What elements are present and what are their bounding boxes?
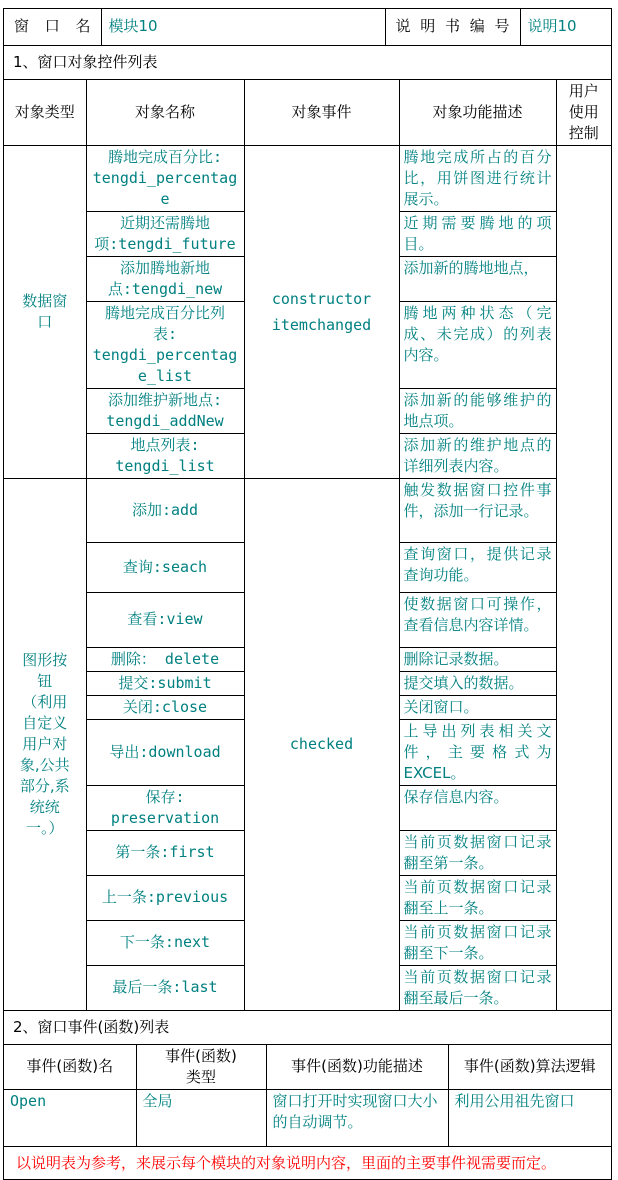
window-name-value: 模块10 bbox=[101, 9, 385, 45]
event-type-value: 全局 bbox=[136, 1089, 266, 1146]
events-table: 事件(函数)名 事件(函数) 类型 事件(函数)功能描述 事件(函数)算法逻辑 … bbox=[4, 1045, 611, 1147]
controls-table: 对象类型 对象名称 对象事件 对象功能描述 用户 使用 控制 数据窗 口 腾地完… bbox=[4, 80, 611, 1011]
object-name: 查看:view bbox=[86, 592, 244, 647]
object-type-graphic-button: 图形按 钮 （利用 自定义 用户对 象,公共 部分,系 统统 一。） bbox=[4, 478, 86, 1010]
object-name: 导出:download bbox=[86, 719, 244, 785]
object-desc: 触发数据窗口控件事件，添加一行记录。 bbox=[399, 478, 556, 542]
col-header-object-desc: 对象功能描述 bbox=[399, 80, 556, 146]
object-name: 查询:seach bbox=[86, 542, 244, 592]
object-desc: 近期需要腾地的项目。 bbox=[399, 211, 556, 256]
doc-number-label: 说明书编号 bbox=[385, 9, 520, 45]
object-desc: 腾地两种状态（完成、未完成）的列表内容。 bbox=[399, 301, 556, 388]
col-header-event-desc: 事件(函数)功能描述 bbox=[266, 1045, 448, 1090]
object-desc: 当前页数据窗口记录翻至上一条。 bbox=[399, 875, 556, 920]
object-desc: 关闭窗口。 bbox=[399, 695, 556, 719]
col-header-event-type: 事件(函数) 类型 bbox=[136, 1045, 266, 1090]
object-event-graphic-button: checked bbox=[244, 478, 399, 1010]
object-desc: 添加新的能够维护的地点项。 bbox=[399, 388, 556, 433]
object-name: 地点列表: tengdi_list bbox=[86, 433, 244, 478]
col-header-event-name: 事件(函数)名 bbox=[4, 1045, 136, 1090]
object-desc: 当前页数据窗口记录翻至最后一条。 bbox=[399, 965, 556, 1010]
spec-document: 窗口名 模块10 说明书编号 说明10 1、窗口对象控件列表 对象类型 对象名称… bbox=[3, 8, 612, 1180]
col-header-object-type: 对象类型 bbox=[4, 80, 86, 146]
window-name-label: 窗口名 bbox=[4, 9, 101, 45]
object-desc: 当前页数据窗口记录翻至下一条。 bbox=[399, 920, 556, 965]
object-name: 保存: preservation bbox=[86, 785, 244, 830]
event-name-value: Open bbox=[4, 1089, 136, 1146]
object-name: 近期还需腾地 项:tengdi_future bbox=[86, 211, 244, 256]
event-logic-value: 利用公用祖先窗口 bbox=[448, 1089, 611, 1146]
col-header-event-logic: 事件(函数)算法逻辑 bbox=[448, 1045, 611, 1090]
object-name: 添加:add bbox=[86, 478, 244, 542]
object-desc: 腾地完成所占的百分比，用饼图进行统计展示。 bbox=[399, 145, 556, 211]
object-desc: 添加新的维护地点的详细列表内容。 bbox=[399, 433, 556, 478]
object-name: 上一条:previous bbox=[86, 875, 244, 920]
object-name: 删除： delete bbox=[86, 647, 244, 671]
object-name: 腾地完成百分比: tengdi_percentage bbox=[86, 145, 244, 211]
object-name: 下一条:next bbox=[86, 920, 244, 965]
doc-number-value: 说明10 bbox=[520, 9, 611, 45]
object-name: 添加腾地新地 点:tengdi_new bbox=[86, 256, 244, 301]
user-control-cell bbox=[556, 145, 611, 1010]
object-name: 最后一条:last bbox=[86, 965, 244, 1010]
object-desc: 使数据窗口可操作，查看信息内容详情。 bbox=[399, 592, 556, 647]
object-desc: 上导出列表相关文件，主要格式为EXCEL。 bbox=[399, 719, 556, 785]
section1-title: 1、窗口对象控件列表 bbox=[4, 46, 611, 80]
meta-table: 窗口名 模块10 说明书编号 说明10 bbox=[4, 9, 611, 46]
object-desc: 保存信息内容。 bbox=[399, 785, 556, 830]
col-header-user-control: 用户 使用 控制 bbox=[556, 80, 611, 146]
object-name: 关闭:close bbox=[86, 695, 244, 719]
section2-title: 2、窗口事件(函数)列表 bbox=[4, 1011, 611, 1045]
object-name: 添加维护新地点: tengdi_addNew bbox=[86, 388, 244, 433]
object-desc: 查询窗口，提供记录查询功能。 bbox=[399, 542, 556, 592]
object-name: 提交:submit bbox=[86, 671, 244, 695]
object-event-data-window: constructor itemchanged bbox=[244, 145, 399, 478]
object-desc: 当前页数据窗口记录翻至第一条。 bbox=[399, 830, 556, 875]
object-name: 第一条:first bbox=[86, 830, 244, 875]
object-type-data-window: 数据窗 口 bbox=[4, 145, 86, 478]
object-desc: 添加新的腾地地点， bbox=[399, 256, 556, 301]
object-name: 腾地完成百分比列 表: tengdi_percentage_list bbox=[86, 301, 244, 388]
event-desc-value: 窗口打开时实现窗口大小的自动调节。 bbox=[266, 1089, 448, 1146]
object-desc: 提交填入的数据。 bbox=[399, 671, 556, 695]
object-desc: 删除记录数据。 bbox=[399, 647, 556, 671]
col-header-object-name: 对象名称 bbox=[86, 80, 244, 146]
reference-note: 以说明表为参考，来展示每个模块的对象说明内容，里面的主要事件视需要而定。 bbox=[4, 1147, 611, 1179]
col-header-object-event: 对象事件 bbox=[244, 80, 399, 146]
